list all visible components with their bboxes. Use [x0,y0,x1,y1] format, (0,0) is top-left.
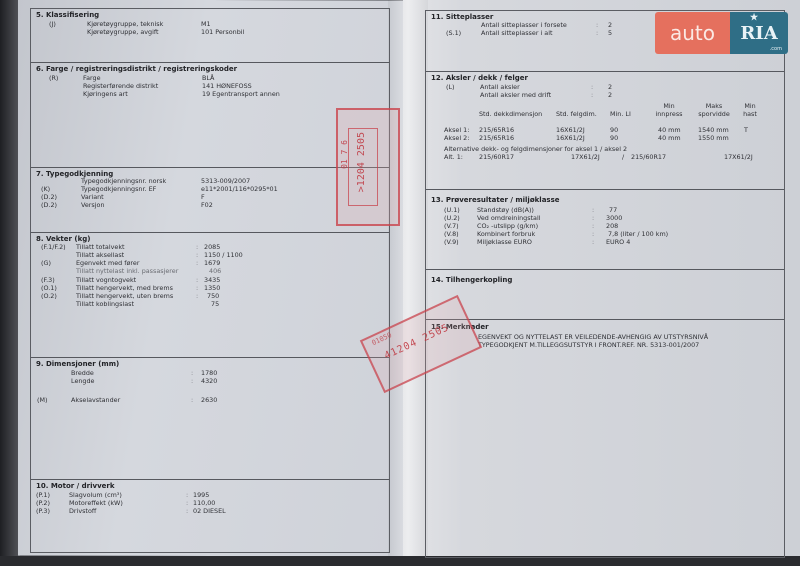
field-value: 2085 [204,243,220,251]
field-code: (G) [41,259,51,267]
header-rim: Std. felgdim. [556,110,597,118]
field-value: EURO 4 [606,238,630,246]
field-code: (S.1) [446,29,461,37]
section-title: 13. Prøveresultater / miljøklasse [431,196,560,204]
alt-rim-1: 17X61/2J [571,153,600,161]
field-value: 750 [207,292,219,300]
field-label: Kjøretøygruppe, avgift [87,28,159,36]
field-value: M1 [201,20,211,28]
section-proveresultater: 13. Prøveresultater / miljøklasse (U.1) … [426,189,784,269]
field-label: Egenvekt med fører [76,259,139,267]
field-code: (U.2) [444,214,460,222]
axle-offset: 40 mm [658,126,681,134]
approval-stamp-vertical: 01 7 6 >1204 2505 [336,108,400,226]
star-icon: ★ [750,13,758,23]
field-value: 1150 / 1100 [204,251,243,259]
field-label: Tillatt vogntogvekt [76,276,136,284]
field-label: Motoreffekt (kW) [69,499,123,507]
field-code: (V.9) [444,238,459,246]
field-code: (J) [49,20,56,28]
section-merknader: 15. Merknader EGENVEKT OG NYTTELAST ER V… [426,319,784,559]
field-value: 1350 [204,284,220,292]
header-offset: Min innpress [654,102,684,118]
field-code: (M) [37,396,48,404]
axle-tire: 215/65R16 [479,126,514,134]
field-value: 4320 [201,377,217,385]
field-code: (D.2) [41,201,57,209]
page-fold [388,0,428,566]
section-klassifisering: 5. Klassifisering (J) Kjøretøygruppe, te… [31,9,389,62]
axle-offset: 40 mm [658,134,681,142]
field-label: Versjon [81,201,105,209]
field-value: 3435 [204,276,220,284]
section-title: 5. Klassifisering [36,11,99,19]
field-label: Antall sitteplasser i forsete [481,21,567,29]
remark-line: TYPEGODKJENT M.TILLEGGSUTSTYR I FRONT.RE… [478,341,699,349]
field-label: Typegodkjenningsnr. norsk [81,177,166,185]
field-code: (L) [446,83,455,91]
field-label: Tillatt hengervekt, uten brems [76,292,173,300]
field-value: 1679 [204,259,220,267]
field-value: 5313-009/2007 [201,177,250,185]
header-speed: Min hast [740,102,760,118]
field-value: 406 [209,267,221,275]
field-code: (F.3) [41,276,55,284]
stamp-number: 41204 2505 [383,322,451,362]
section-title: 14. Tilhengerkopling [431,276,512,284]
field-label: Slagvolum (cm³) [69,491,122,499]
axle-table-header: Std. dekkdimensjon Std. felgdim. Min. LI… [426,102,786,122]
section-title: 8. Vekter (kg) [36,235,90,243]
field-value: 2 [608,83,612,91]
field-label: Kombinert forbruk [477,230,535,238]
right-form-frame: 11. Sitteplasser Antall sitteplasser i f… [425,10,785,558]
axle-tire: 215/65R16 [479,134,514,142]
axle-rim: 16X61/2J [556,126,585,134]
field-label: Tillatt koblingslast [76,300,134,308]
field-label: Tillatt aksellast [76,251,124,259]
field-code: (V.7) [444,222,459,230]
field-value: BLÅ [202,74,214,82]
field-label: Bredde [71,369,94,377]
field-value: 101 Personbil [201,28,244,36]
field-label: Akselavstander [71,396,120,404]
field-code: (P.1) [36,491,50,499]
axle-name: Aksel 2: [444,134,469,142]
field-label: Kjøretøygruppe, teknisk [87,20,163,28]
field-value: 2630 [201,396,217,404]
field-value: 110,00 [193,499,215,507]
field-label: Antall aksler [480,83,520,91]
field-label: Ved omdreiningstall [477,214,541,222]
alt-name: Alt. 1: [444,153,463,161]
field-code: (P.2) [36,499,50,507]
axle-li: 90 [610,134,618,142]
field-label: Standstøy (dB(A)) [477,206,534,214]
field-value: 19 Egentransport annen [202,90,280,98]
header-li: Min. LI [610,110,631,118]
remark-line: EGENVEKT OG NYTTELAST ER VEILEDENDE-AVHE… [478,333,708,341]
field-value: 2 [608,21,612,29]
field-label: Drivstoff [69,507,96,515]
axle-track: 1550 mm [698,134,729,142]
field-code: (O.2) [41,292,57,300]
field-value: 75 [211,300,219,308]
field-value: e11*2001/116*0295*01 [201,185,278,193]
field-value: 5 [608,29,612,37]
field-value: 1995 [193,491,209,499]
field-label: Tillatt hengervekt, med brems [76,284,173,292]
field-label: Registerførende distrikt [83,82,158,90]
section-tilhengerkopling: 14. Tilhengerkopling [426,269,784,319]
alt-tire-2: 215/60R17 [631,153,666,161]
field-label: Typegodkjenningsnr. EF [81,185,156,193]
field-value: 141 HØNEFOSS [202,82,252,90]
alt-sep: / [622,153,624,161]
field-value: 2 [608,91,612,99]
field-label: Antall sitteplasser i alt [481,29,552,37]
axle-speed: T [744,126,748,134]
section-title: 6. Farge / registreringsdistrikt / regis… [36,65,237,73]
header-track: Maks sporvidde [696,102,732,118]
field-value: 208 [606,222,618,230]
alt-rim-2: 17X61/2J [724,153,753,161]
field-code: (P.3) [36,507,50,515]
alt-tire-1: 215/60R17 [479,153,514,161]
field-code: (V.8) [444,230,459,238]
field-label: Tillatt totalvekt [76,243,125,251]
section-vekter: 8. Vekter (kg) (F.1/F.2) Tillatt totalve… [31,232,389,357]
stamp-code: 01050 [371,331,393,347]
field-label: Variant [81,193,104,201]
field-code: (R) [49,74,58,82]
field-label: Lengde [71,377,94,385]
field-label: Miljøklasse EURO [477,238,532,246]
logo-ria-part: ★ RIA .com [730,12,788,54]
field-label: Antall aksler med drift [480,91,551,99]
field-value: 77 [609,206,617,214]
header-tire: Std. dekkdimensjon [479,110,542,118]
stamp-number: >1204 2505 [356,132,367,192]
background-edge [0,0,20,566]
axle-li: 90 [610,126,618,134]
field-label: Kjøringens art [83,90,128,98]
section-title: 11. Sitteplasser [431,13,493,21]
logo-auto-part: auto [655,12,730,54]
field-value: 02 DIESEL [193,507,226,515]
field-value: F02 [201,201,213,209]
field-value: 3000 [606,214,622,222]
field-label: Tillatt nyttelast inkl. passasjerer [76,267,178,275]
section-dimensjoner: 9. Dimensjoner (mm) Bredde : 1780 Lengde… [31,357,389,479]
field-code: (U.1) [444,206,460,214]
field-value: F [201,193,205,201]
axle-track: 1540 mm [698,126,729,134]
field-code: (K) [41,185,50,193]
axle-rim: 16X61/2J [556,134,585,142]
field-code: (D.2) [41,193,57,201]
field-label: Farge [83,74,101,82]
field-code: (O.1) [41,284,57,292]
section-title: 12. Aksler / dekk / felger [431,74,528,82]
left-form-frame: 5. Klassifisering (J) Kjøretøygruppe, te… [30,8,390,553]
field-label: CO₂ -utslipp (g/km) [477,222,538,230]
field-code: (F.1/F.2) [41,243,66,251]
section-motor: 10. Motor / drivverk (P.1) Slagvolum (cm… [31,479,389,554]
section-aksler-dekk-felger: 12. Aksler / dekk / felger (L) Antall ak… [426,71,784,189]
section-title: 10. Motor / drivverk [36,482,115,490]
field-value: 1780 [201,369,217,377]
field-value: 7,8 (liter / 100 km) [608,230,668,238]
axle-name: Aksel 1: [444,126,469,134]
autoria-watermark-logo: auto ★ RIA .com [655,12,788,54]
stamp-code: 01 7 6 [340,140,349,169]
section-title: 9. Dimensjoner (mm) [36,360,119,368]
